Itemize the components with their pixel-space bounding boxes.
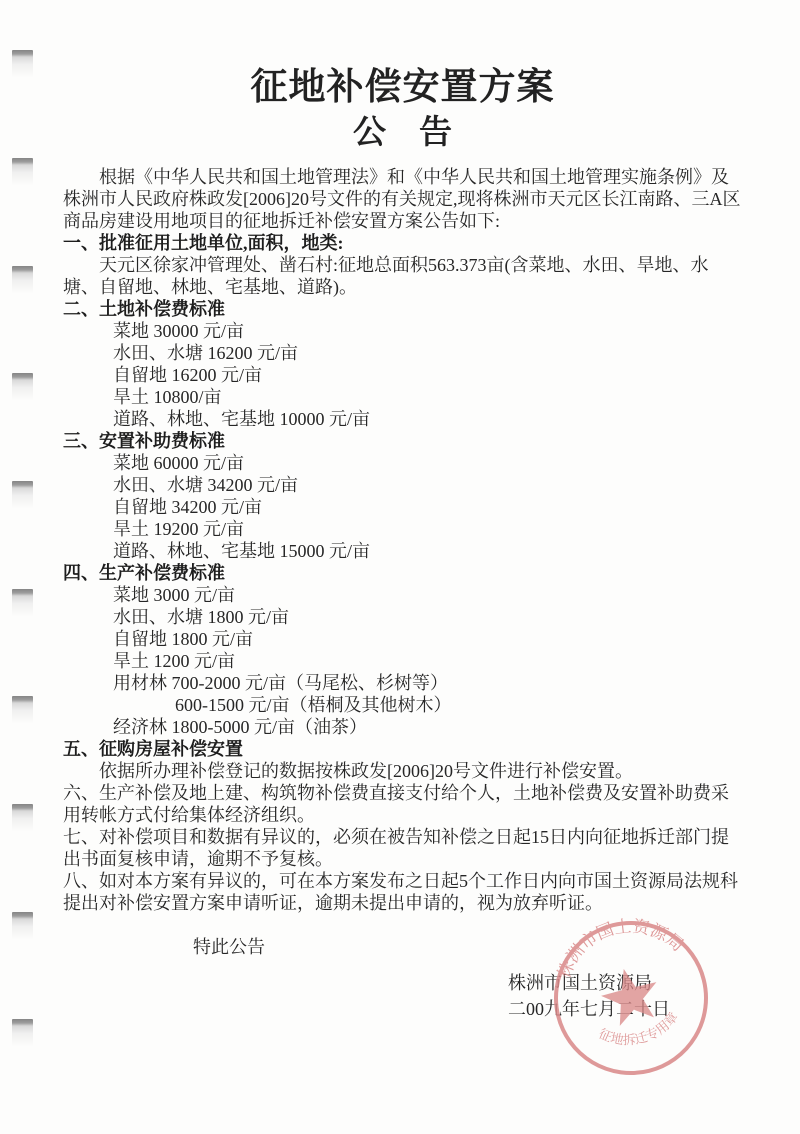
list-item: 水田、水塘 16200 元/亩 [63, 342, 742, 364]
seal-label-text: 征地拆迁专用章 [594, 1007, 685, 1056]
section-5-body: 依据所办理补偿登记的数据按株政发[2006]20号文件进行补偿安置。 [63, 760, 742, 782]
svg-text:征地拆迁专用章: 征地拆迁专用章 [594, 1007, 685, 1056]
list-item: 菜地 3000 元/亩 [63, 584, 742, 606]
list-item: 菜地 30000 元/亩 [63, 320, 742, 342]
list-item: 自留地 34200 元/亩 [63, 496, 742, 518]
section-1-heading: 一、批准征用土地单位,面积，地类: [63, 232, 742, 254]
list-item: 水田、水塘 1800 元/亩 [63, 606, 742, 628]
list-item: 旱土 10800/亩 [63, 386, 742, 408]
list-item: 菜地 60000 元/亩 [63, 452, 742, 474]
official-seal: 株洲市国土资源局 征地拆迁专用章 [549, 916, 713, 1080]
list-item: 道路、林地、宅基地 10000 元/亩 [63, 408, 742, 430]
list-item-continuation: 600-1500 元/亩（梧桐及其他树木） [63, 694, 742, 716]
document-title: 征地补偿安置方案 [63, 66, 742, 110]
list-item: 自留地 16200 元/亩 [63, 364, 742, 386]
seal-org-text: 株洲市国土资源局 [549, 916, 690, 985]
document-body: 根据《中华人民共和国土地管理法》和《中华人民共和国土地管理实施条例》及株洲市人民… [63, 166, 742, 958]
section-1-body: 天元区徐家冲管理处、凿石村:征地总面积563.373亩(含菜地、水田、旱地、水塘… [63, 254, 742, 298]
section-3-heading: 三、安置补助费标准 [63, 430, 742, 452]
seal-star-icon [596, 962, 664, 1028]
list-item: 道路、林地、宅基地 15000 元/亩 [63, 540, 742, 562]
section-6-paragraph: 六、生产补偿及地上建、构筑物补偿费直接支付给个人，土地补偿费及安置补助费采用转帐… [63, 782, 742, 826]
list-item: 旱土 19200 元/亩 [63, 518, 742, 540]
section-5-heading: 五、征购房屋补偿安置 [63, 738, 742, 760]
list-item: 用材林 700-2000 元/亩（马尾松、杉树等） [63, 672, 742, 694]
section-7-paragraph: 七、对补偿项目和数据有异议的，必须在被告知补偿之日起15日内向征地拆迁部门提出书… [63, 826, 742, 870]
list-item: 经济林 1800-5000 元/亩（油茶） [63, 716, 742, 738]
section-8-paragraph: 八、如对本方案有异议的，可在本方案发布之日起5个工作日内向市国土资源局法规科提出… [63, 870, 742, 914]
section-2-heading: 二、土地补偿费标准 [63, 298, 742, 320]
intro-paragraph: 根据《中华人民共和国土地管理法》和《中华人民共和国土地管理实施条例》及株洲市人民… [63, 166, 742, 232]
list-item: 水田、水塘 34200 元/亩 [63, 474, 742, 496]
list-item: 自留地 1800 元/亩 [63, 628, 742, 650]
list-item: 旱土 1200 元/亩 [63, 650, 742, 672]
svg-text:株洲市国土资源局: 株洲市国土资源局 [549, 916, 690, 985]
section-4-heading: 四、生产补偿费标准 [63, 562, 742, 584]
document-subtitle: 公 告 [63, 114, 742, 152]
